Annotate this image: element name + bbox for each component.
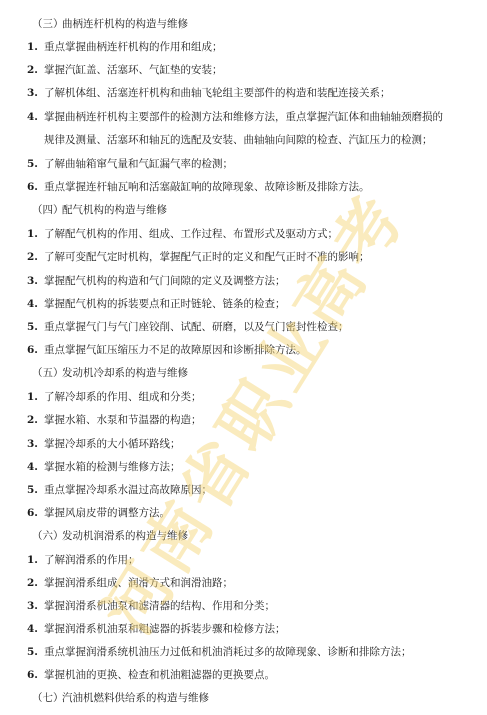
item-number: 6. bbox=[27, 180, 43, 194]
section-number: （五） bbox=[32, 366, 62, 380]
item-number: 5. bbox=[27, 645, 43, 659]
section-heading: （六）发动机润滑系的构造与维修 bbox=[32, 529, 188, 543]
document-page: （三）曲柄连杆机构的构造与维修 1.重点掌握曲柄连杆机构的作用和组成； 2.掌握… bbox=[0, 0, 487, 715]
item-number: 4. bbox=[27, 297, 43, 311]
item-number: 6. bbox=[27, 506, 43, 520]
item-text: 重点掌握气门与气门座铰削、试配、研磨，以及气门密封性检查； bbox=[44, 320, 349, 334]
section-number: （三） bbox=[32, 17, 62, 31]
item-number: 3. bbox=[27, 599, 43, 613]
item-text: 掌握水箱的检测与维修方法； bbox=[44, 460, 181, 474]
section-number: （四） bbox=[32, 203, 62, 217]
item-text: 掌握水箱、水泵和节温器的构造； bbox=[44, 413, 202, 427]
item-number: 2. bbox=[27, 576, 43, 590]
item-text: 掌握机油的更换、检查和机油粗滤器的更换要点。 bbox=[44, 668, 275, 682]
item-number: 6. bbox=[27, 668, 43, 682]
section-title: 发动机冷却系的构造与维修 bbox=[62, 367, 188, 379]
section-heading: （五）发动机冷却系的构造与维修 bbox=[32, 366, 188, 380]
item-text: 掌握配气机构的构造和气门间隙的定义及调整方法； bbox=[44, 274, 286, 288]
item-number: 6. bbox=[27, 343, 43, 357]
item-text: 了解机体组、活塞连杆机构和曲轴飞轮组主要部件的构造和装配连接关系； bbox=[44, 86, 391, 100]
item-text: 掌握风扇皮带的调整方法。 bbox=[44, 506, 170, 520]
item-number: 4. bbox=[27, 110, 43, 124]
item-text: 了解配气机构的作用、组成、工作过程、布置形式及驱动方式； bbox=[44, 227, 338, 241]
item-number: 1. bbox=[27, 40, 43, 54]
item-text: 重点掌握冷却系水温过高故障原因； bbox=[44, 483, 212, 497]
item-text: 掌握配气机构的拆装要点和正时链轮、链条的检查； bbox=[44, 297, 286, 311]
item-text: 掌握润滑系组成、润滑方式和润滑油路； bbox=[44, 576, 233, 590]
item-text: 了解曲轴箱窜气量和气缸漏气率的检测； bbox=[44, 157, 233, 171]
section-number: （七） bbox=[32, 691, 62, 705]
item-number: 2. bbox=[27, 413, 43, 427]
item-number: 5. bbox=[27, 157, 43, 171]
section-heading: （七）汽油机燃料供给系的构造与维修 bbox=[32, 691, 209, 705]
item-text: 重点掌握连杆轴瓦响和活塞敲缸响的故障现象、故障诊断及排除方法。 bbox=[44, 180, 370, 194]
item-number: 4. bbox=[27, 622, 43, 636]
item-number: 5. bbox=[27, 320, 43, 334]
item-text: 重点掌握曲柄连杆机构的作用和组成； bbox=[44, 40, 223, 54]
section-heading: （四）配气机构的构造与维修 bbox=[32, 203, 167, 217]
item-text: 掌握润滑系机油泵和滤清器的结构、作用和分类； bbox=[44, 599, 275, 613]
item-text: 掌握汽缸盖、活塞环、气缸垫的安装； bbox=[44, 63, 223, 77]
item-text: 了解润滑系的作用； bbox=[44, 553, 139, 567]
item-number: 1. bbox=[27, 390, 43, 404]
item-number: 1. bbox=[27, 227, 43, 241]
section-heading: （三）曲柄连杆机构的构造与维修 bbox=[32, 17, 188, 31]
item-text: 掌握冷却系的大小循环路线； bbox=[44, 437, 181, 451]
item-number: 3. bbox=[27, 86, 43, 100]
item-number: 3. bbox=[27, 274, 43, 288]
item-number: 5. bbox=[27, 483, 43, 497]
item-text: 了解冷却系的作用、组成和分类； bbox=[44, 390, 202, 404]
item-number: 1. bbox=[27, 553, 43, 567]
section-number: （六） bbox=[32, 529, 62, 543]
item-number: 2. bbox=[27, 250, 43, 264]
section-title: 汽油机燃料供给系的构造与维修 bbox=[62, 692, 209, 704]
section-title: 曲柄连杆机构的构造与维修 bbox=[62, 18, 188, 30]
item-text: 重点掌握润滑系统机油压力过低和机油消耗过多的故障现象、诊断和排除方法； bbox=[44, 645, 412, 659]
item-text: 重点掌握气缸压缩压力不足的故障原因和诊断排除方法。 bbox=[44, 343, 307, 357]
item-text: 掌握曲柄连杆机构主要部件的检测方法和维修方法，重点掌握汽缸体和曲轴轴颈磨损的 bbox=[44, 110, 443, 124]
item-number: 3. bbox=[27, 437, 43, 451]
item-text: 规律及测量、活塞环和轴瓦的选配及安装、曲轴轴向间隙的检查、汽缸压力的检测； bbox=[44, 133, 433, 147]
item-number: 4. bbox=[27, 460, 43, 474]
section-title: 配气机构的构造与维修 bbox=[62, 204, 167, 216]
item-text: 掌握润滑系机油泵和粗滤器的拆装步骤和检修方法； bbox=[44, 622, 286, 636]
item-number: 2. bbox=[27, 63, 43, 77]
item-text: 了解可变配气定时机构，掌握配气正时的定义和配气正时不准的影响； bbox=[44, 250, 370, 264]
section-title: 发动机润滑系的构造与维修 bbox=[62, 530, 188, 542]
